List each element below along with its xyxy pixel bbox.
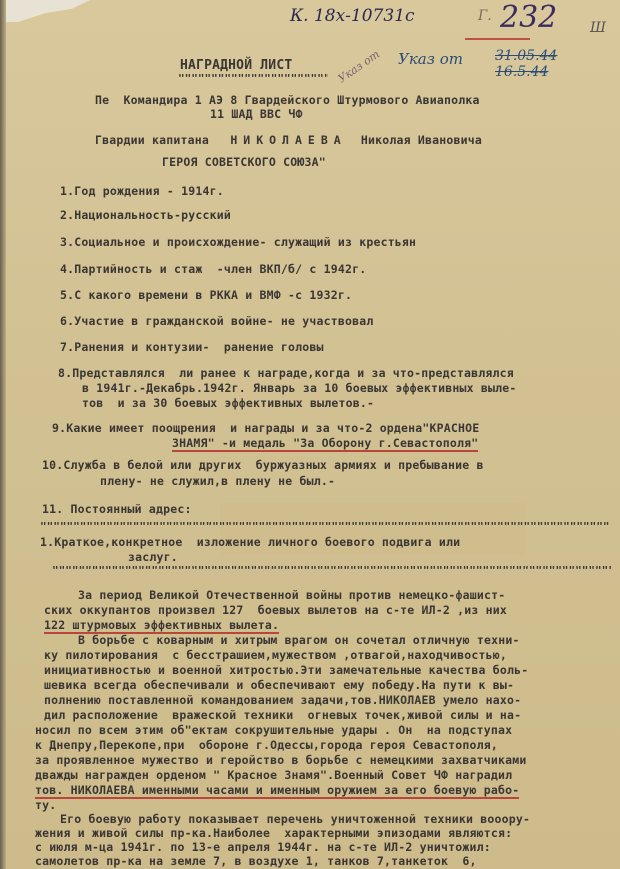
field-5: 5.С какого времени в РККА и ВМФ -с 1932г… bbox=[60, 288, 352, 302]
field-text: Социальное и происхождение- служащий из … bbox=[74, 235, 416, 249]
narrative-line: тов. НИКОЛАЕВА именными часами и именным… bbox=[35, 783, 519, 799]
recipient-surname: НИКОЛАЕВА bbox=[230, 133, 346, 147]
field-11: 11. Постоянный адрес: bbox=[42, 502, 192, 516]
field-3: 3.Социальное и происхождение- служащий и… bbox=[60, 235, 416, 249]
field-10-cont-1: плену- не служил,в плену не был.- bbox=[100, 474, 335, 488]
narrative-line: дважды награжден орденом " Красное Знамя… bbox=[35, 768, 512, 782]
field-9-cont-1: ЗНАМЯ" -и медаль "За Оборону г.Севастопо… bbox=[172, 436, 478, 452]
field-number: 11. bbox=[42, 502, 63, 516]
field-8-cont-1: в 1941г.-Декабрь.1942г. Январь за 10 бое… bbox=[82, 381, 517, 395]
title-underline: """"""""""""""""""""""""" bbox=[178, 72, 328, 85]
field-text: Партийность и стаж -член ВКП/б/ с 1942г. bbox=[74, 262, 366, 276]
field-number: 6. bbox=[60, 314, 74, 328]
ukaz-date-crossed: 31.05.44 bbox=[495, 48, 557, 64]
field-text: Краткое,конкретное изложение личного бое… bbox=[54, 535, 460, 549]
field-text: Год рождения - 1914г. bbox=[74, 184, 224, 198]
field-text: Ранения и контузии- ранение головы bbox=[74, 340, 323, 354]
field-number: 1. bbox=[60, 184, 74, 198]
field-number: 10. bbox=[42, 458, 63, 472]
field-number: 3. bbox=[60, 235, 74, 249]
ukaz-label: Указ от bbox=[398, 50, 463, 68]
separator-line: """"""""""""""""""""""""""""""""""""""""… bbox=[40, 520, 610, 533]
field-12: 1.Краткое,конкретное изложение личного б… bbox=[40, 535, 460, 549]
ukaz-date: 16.5.44 bbox=[495, 64, 548, 80]
page-number-prefix: Г. bbox=[478, 8, 492, 24]
field-text: Национальность-русский bbox=[74, 208, 231, 222]
field-1: 1.Год рождения - 1914г. bbox=[60, 184, 224, 198]
field-number: 9. bbox=[52, 421, 66, 435]
narrative-line: За период Великой Отечественной войны пр… bbox=[78, 588, 505, 602]
page-edge bbox=[0, 0, 6, 869]
narrative-line: ту. bbox=[35, 798, 56, 812]
field-number: 7. bbox=[60, 340, 74, 354]
field-text: Представлялся ли ранее к награде,когда и… bbox=[72, 366, 514, 380]
field-8: 8.Представлялся ли ранее к награде,когда… bbox=[58, 366, 514, 380]
torn-corner bbox=[0, 0, 90, 22]
narrative-line: полнению поставленной командованием зада… bbox=[44, 693, 521, 707]
field-7: 7.Ранения и контузии- ранение головы bbox=[60, 340, 324, 354]
narrative-line: В борьбе с коварным и хитрым врагом он с… bbox=[78, 633, 520, 647]
field-number: 4. bbox=[60, 262, 74, 276]
pencil-note: Указ от bbox=[336, 48, 382, 86]
recipient-rank: Гвардии капитана bbox=[95, 133, 209, 147]
archive-reference: К. 18х-10731с bbox=[290, 6, 415, 26]
corner-mark: Ш bbox=[590, 20, 606, 36]
narrative-line: носил по всем этим об"ектам сокрушительн… bbox=[35, 723, 512, 737]
separator-line-2: """"""""""""""""""""""""""""""""""""""""… bbox=[52, 564, 612, 577]
narrative-line: ских оккупантов произвел 127 боевых выле… bbox=[44, 603, 507, 617]
narrative-line: к Днепру,Перекопе,при обороне г.Одессы,г… bbox=[35, 738, 498, 752]
field-number: 1. bbox=[40, 535, 54, 549]
narrative-line: жения и живой силы пр-ка.Наиболее характ… bbox=[35, 826, 512, 840]
page-number-underline bbox=[465, 38, 530, 40]
field-12-cont-1: заслуг. bbox=[128, 550, 178, 564]
submission-line-1: Пе Командира 1 АЭ 8 Гвардейского Штурмов… bbox=[95, 93, 480, 107]
field-9: 9.Какие имеет поощрения и награды и за ч… bbox=[52, 421, 479, 435]
narrative-line: самолетов пр-ка на земле 7, в воздухе 1,… bbox=[35, 854, 477, 868]
document-title: НАГРАДНОЙ ЛИСТ bbox=[180, 58, 292, 73]
field-text: Служба в белой или других буржуазных арм… bbox=[63, 458, 483, 472]
field-number: 8. bbox=[58, 366, 72, 380]
narrative-line: Его боевую работу показывает перечень ун… bbox=[60, 812, 530, 826]
narrative-line: с июля м-ца 1941г. по 13-е апреля 1944г.… bbox=[35, 840, 491, 854]
narrative-line: шевика всегда обеспечивали и обеспечиваю… bbox=[44, 678, 514, 692]
field-text: Какие имеет поощрения и награды и за что… bbox=[66, 421, 479, 435]
field-4: 4.Партийность и стаж -член ВКП/б/ с 1942… bbox=[60, 262, 366, 276]
recipient-given-name: Николая Ивановича bbox=[361, 133, 482, 147]
field-text: Постоянный адрес: bbox=[71, 502, 192, 516]
page-number: 232 bbox=[500, 0, 557, 35]
narrative-line: 122 штурмовых эффективных вылета. bbox=[44, 618, 279, 634]
narrative-line: дил расположение вражеской техники огнев… bbox=[44, 708, 521, 722]
award-sheet-page: К. 18х-10731с Г. 232 Ш Указ от 31.05.44 … bbox=[0, 0, 620, 869]
field-number: 2. bbox=[60, 208, 74, 222]
recipient-line: Гвардии капитана НИКОЛАЕВА Николая Ивано… bbox=[95, 133, 482, 147]
submission-line-2: 11 ШАД ВВС ЧФ bbox=[210, 107, 303, 121]
field-8-cont-2: тов и за 30 боевых эффективных вылетов.- bbox=[82, 396, 374, 410]
field-6: 6.Участие в гражданской войне- не участв… bbox=[60, 314, 373, 328]
field-number: 5. bbox=[60, 288, 74, 302]
field-10: 10.Служба в белой или других буржуазных … bbox=[42, 458, 484, 472]
narrative-line: за проявленное мужество и геройство в бо… bbox=[35, 753, 527, 767]
field-2: 2.Национальность-русский bbox=[60, 208, 231, 222]
narrative-line: инициативностью и военной хитростью.Эти … bbox=[44, 663, 528, 677]
field-text: Участие в гражданской войне- не участвов… bbox=[74, 314, 373, 328]
field-text: С какого времени в РККА и ВМФ -с 1932г. bbox=[74, 288, 352, 302]
narrative-line: ку пилотирования с бесстрашием,мужеством… bbox=[44, 648, 507, 662]
award-requested: ГЕРОЯ СОВЕТСКОГО СОЮЗА" bbox=[162, 155, 326, 169]
